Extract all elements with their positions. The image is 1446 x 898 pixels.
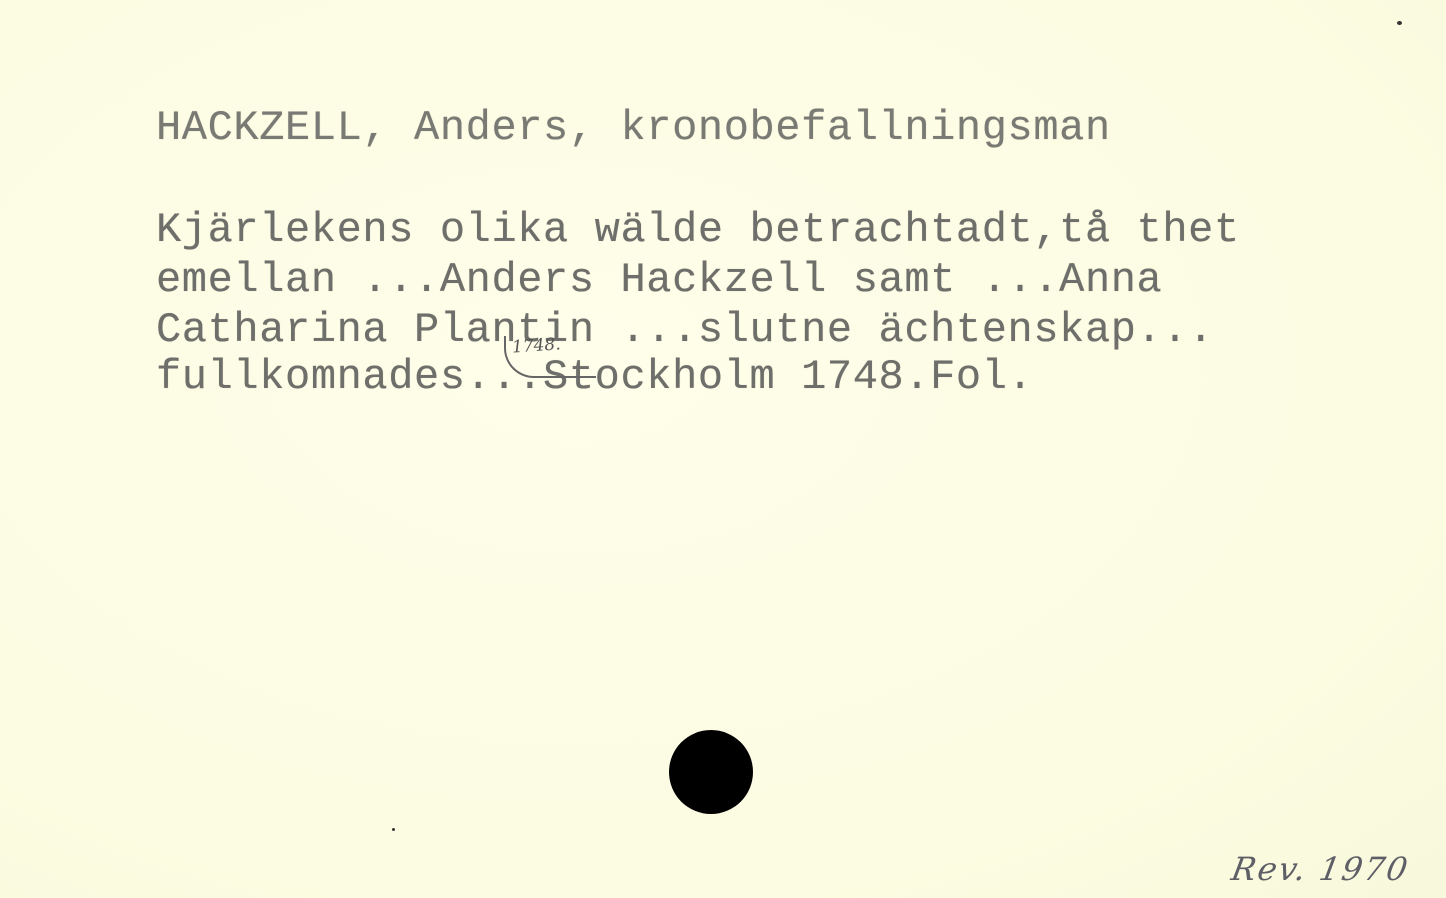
handwritten-year-annotation: 1748. — [511, 334, 561, 357]
speck-mark — [392, 828, 395, 831]
speck-mark — [1397, 21, 1402, 25]
card-body-line: Catharina Plantin ...slutne ächtenskap..… — [156, 306, 1214, 354]
card-body-line: emellan ...Anders Hackzell samt ...Anna — [156, 256, 1162, 304]
revision-note: Rev. 1970 — [1229, 850, 1413, 888]
card-body-line: Kjärlekens olika wälde betrachtadt,tå th… — [156, 206, 1240, 254]
card-heading: HACKZELL, Anders, kronobefallningsman — [156, 104, 1111, 152]
catalog-card: HACKZELL, Anders, kronobefallningsman Kj… — [0, 0, 1446, 898]
punch-hole — [669, 730, 753, 814]
